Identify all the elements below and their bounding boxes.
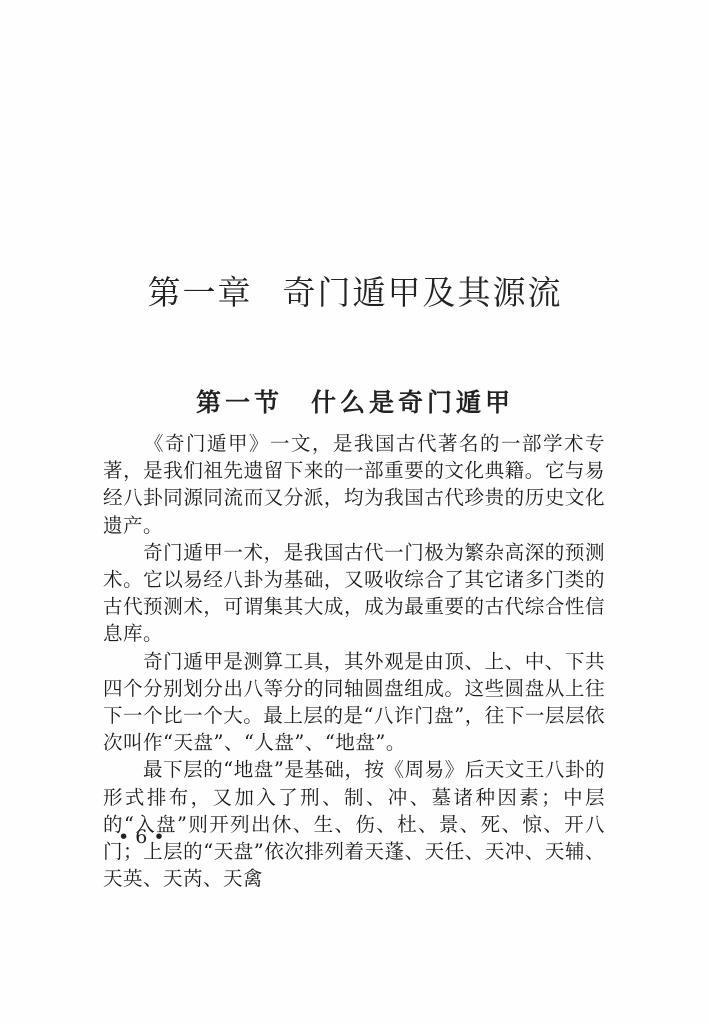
book-page: 第一章奇门遁甲及其源流 第一节什么是奇门遁甲 《奇门遁甲》一文，是我国古代著名的… [0, 0, 710, 1024]
paragraph-1: 《奇门遁甲》一文，是我国古代著名的一部学术专著，是我们祖先遗留下来的一部重要的文… [103, 430, 605, 539]
chapter-heading: 第一章奇门遁甲及其源流 [0, 267, 710, 314]
chapter-number: 第一章 [148, 273, 253, 312]
paragraph-3: 奇门遁甲是测算工具，其外观是由顶、上、中、下共四个分别划分出八等分的同轴圆盘组成… [103, 648, 605, 757]
paragraph-2: 奇门遁甲一术，是我国古代一门极为繁杂高深的预测术。它以易经八卦为基础，又吸收综合… [103, 539, 605, 648]
chapter-title: 奇门遁甲及其源流 [283, 273, 563, 312]
paragraph-4: 最下层的“地盘”是基础，按《周易》后天文王八卦的形式排布，又加入了刑、制、冲、墓… [103, 756, 605, 892]
section-heading: 第一节什么是奇门遁甲 [0, 383, 710, 419]
page-number: • 6 • [118, 826, 165, 848]
section-title: 什么是奇门遁甲 [311, 388, 514, 417]
section-number: 第一节 [196, 388, 283, 417]
body-text: 《奇门遁甲》一文，是我国古代著名的一部学术专著，是我们祖先遗留下来的一部重要的文… [103, 430, 605, 892]
